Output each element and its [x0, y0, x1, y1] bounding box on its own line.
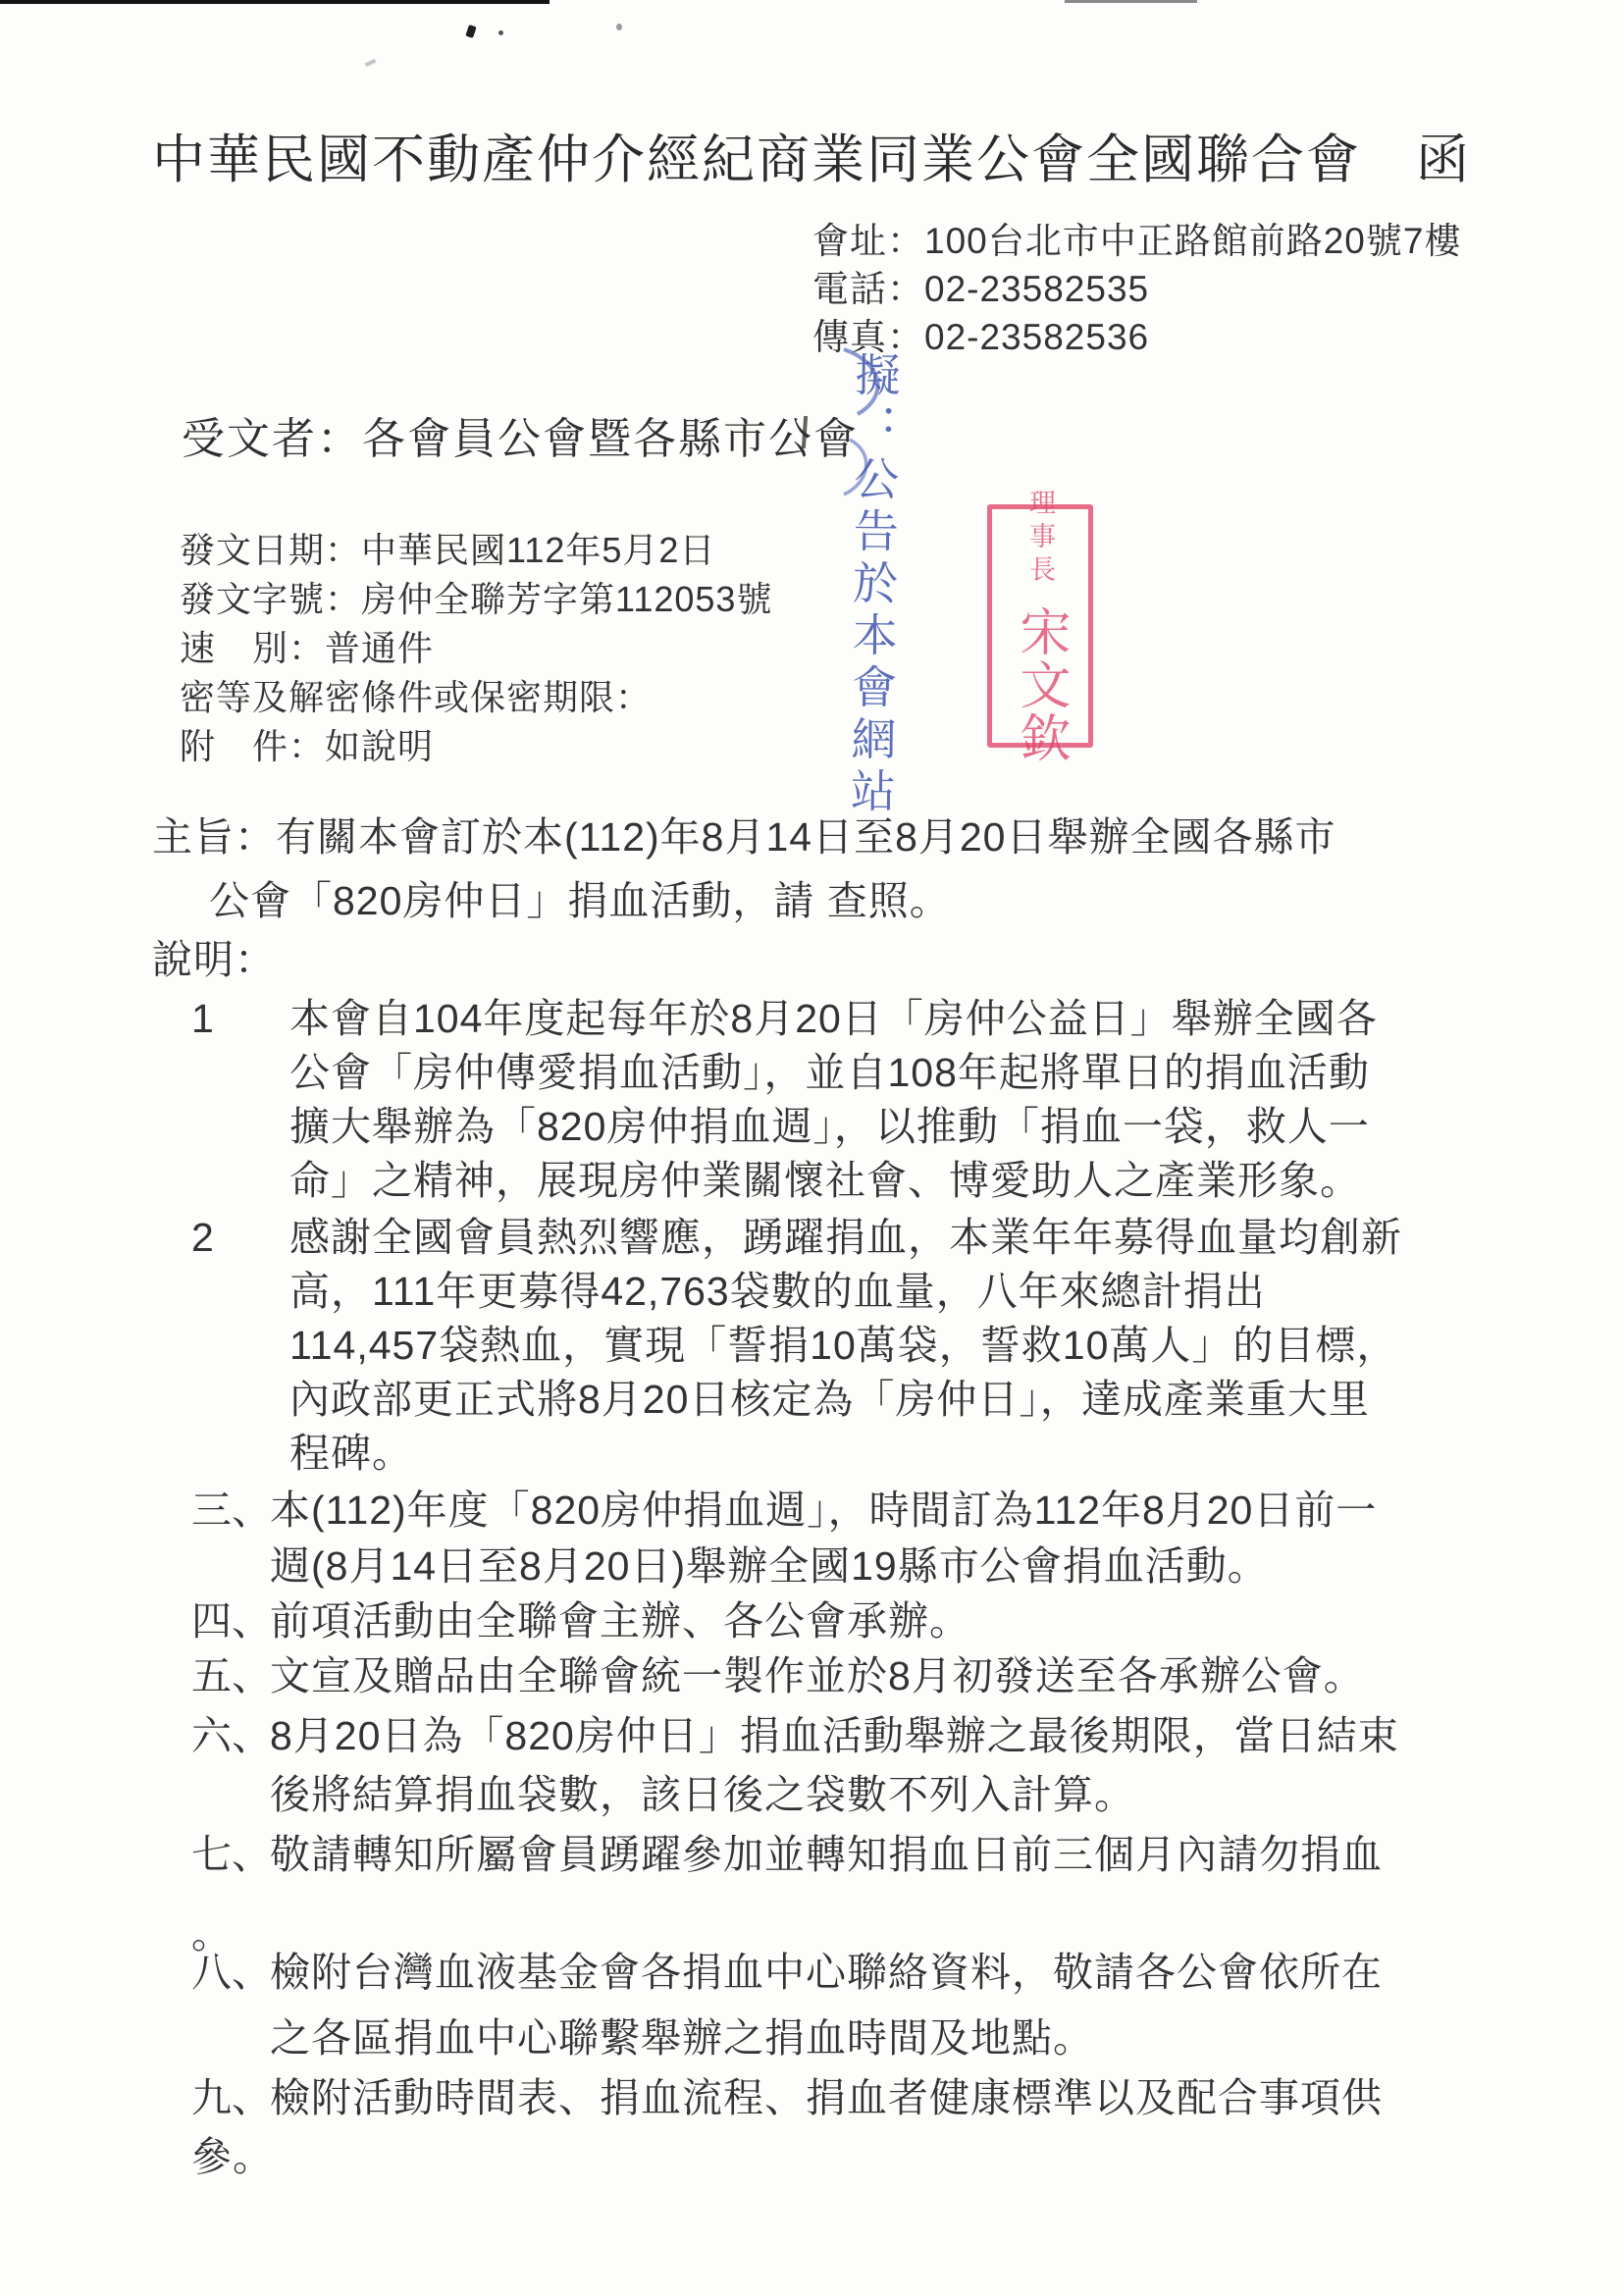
- scan-speck-artifact: [465, 25, 476, 38]
- item-text: 文宣及贈品由全聯會統一製作並於8月初發送至各承辦公會。: [270, 1653, 1365, 1698]
- body-item-row: 八、檢附台灣血液基金會各捐血中心聯絡資料，敬請各公會依所在: [191, 1940, 1383, 1998]
- contact-block: 會址：100台北市中正路館前路20號7樓 電話：02-23582535 傳真：0…: [812, 217, 1461, 361]
- item-number: 1: [191, 996, 289, 1042]
- item-text: 本會自104年度起每年於8月20日「房仲公益日」舉辦全國各: [289, 996, 1378, 1041]
- scanned-letter-page: 中華民國不動產仲介經紀商業同業公會全國聯合會 函 會址：100台北市中正路館前路…: [0, 0, 1623, 2296]
- item-text-continuation: 公會「房仲傳愛捐血活動」，並自108年起將單日的捐血活動: [289, 1040, 1370, 1098]
- explanation-label: 說明：: [152, 927, 276, 985]
- item-text-continuation: 參。: [191, 2124, 274, 2182]
- meta-issue-date: 發文日期：中華民國112年5月2日: [180, 526, 772, 575]
- handwritten-blue-note: 擬：公告於本會網站: [831, 351, 907, 853]
- scan-edge-artifact: [0, 0, 550, 4]
- meta-speed: 速 別：普通件: [180, 624, 772, 673]
- item-text: 前項活動由全聯會主辦、各公會承辦。: [270, 1598, 970, 1644]
- item-text: 檢附活動時間表、捐血流程、捐血者健康標準以及配合事項供: [270, 2075, 1383, 2120]
- item-number: 2: [191, 1215, 289, 1261]
- meta-classification: 密等及解密條件或保密期限：: [180, 673, 772, 722]
- recipient-line: 受文者：各會員公會暨各縣市公會: [182, 403, 859, 466]
- scan-speck-artifact: [616, 24, 622, 30]
- item-text: 本(112)年度「820房仲捐血週」，時間訂為112年8月20日前一: [270, 1487, 1377, 1533]
- scan-speck-artifact: [498, 30, 503, 35]
- chairman-stamp-text: 理事長 宋文欽: [1015, 489, 1066, 764]
- scan-edge-artifact: [1065, 0, 1197, 3]
- item-number: 六、: [191, 1703, 270, 1761]
- item-text-continuation: 後將結算捐血袋數，該日後之袋數不列入計算。: [270, 1762, 1135, 1820]
- item-number: 四、: [191, 1589, 270, 1646]
- item-text-continuation: 高，111年更募得42,763袋數的血量，八年來總計捐出: [289, 1259, 1266, 1317]
- subject-line-2: 公會「820房仲日」捐血活動，請 查照。: [209, 868, 951, 926]
- item-text: 感謝全國會員熱烈響應，踴躍捐血，本業年年募得血量均創新: [289, 1215, 1402, 1260]
- body-item-row: 1本會自104年度起每年於8月20日「房仲公益日」舉辦全國各: [191, 986, 1378, 1044]
- item-number: 七、: [191, 1822, 270, 1880]
- item-text: 檢附台灣血液基金會各捐血中心聯絡資料，敬請各公會依所在: [270, 1950, 1383, 1995]
- contact-phone: 電話：02-23582535: [812, 265, 1461, 313]
- item-text-continuation: 114,457袋熱血，實現「誓捐10萬袋，誓救10萬人」的目標，: [289, 1313, 1397, 1371]
- body-item-row: 七、敬請轉知所屬會員踴躍參加並轉知捐血日前三個月內請勿捐血: [191, 1822, 1383, 1880]
- body-item-row: 2感謝全國會員熱烈響應，踴躍捐血，本業年年募得血量均創新: [191, 1205, 1402, 1263]
- item-text-continuation: 週(8月14日至8月20日)舉辦全國19縣市公會捐血活動。: [270, 1534, 1269, 1592]
- item-text: 8月20日為「820房仲日」捐血活動舉辦之最後期限，當日結束: [270, 1713, 1399, 1758]
- body-item-row: 六、8月20日為「820房仲日」捐血活動舉辦之最後期限，當日結束: [191, 1703, 1399, 1761]
- item-text-continuation: 命」之精神，展現房仲業關懷社會、博愛助人之產業形象。: [289, 1148, 1361, 1206]
- item-number: 五、: [191, 1644, 270, 1701]
- scan-speck-artifact: [365, 59, 377, 67]
- meta-attachment: 附 件：如說明: [180, 722, 772, 771]
- item-number: 八、: [191, 1940, 270, 1998]
- stamp-name: 宋文欽: [1012, 605, 1069, 764]
- body-item-row: 五、文宣及贈品由全聯會統一製作並於8月初發送至各承辦公會。: [191, 1644, 1365, 1701]
- letter-title: 中華民國不動產仲介經紀商業同業公會全國聯合會 函: [0, 118, 1623, 193]
- item-text-continuation: 之各區捐血中心聯繫舉辦之捐血時間及地點。: [270, 2006, 1094, 2063]
- meta-doc-number: 發文字號：房仲全聯芳字第112053號: [180, 575, 772, 624]
- item-text-continuation: 內政部更正式將8月20日核定為「房仲日」，達成產業重大里: [289, 1367, 1370, 1425]
- item-text-continuation: 程碑。: [289, 1421, 413, 1479]
- subject-line-1: 主旨：有關本會訂於本(112)年8月14日至8月20日舉辦全國各縣市: [152, 805, 1335, 862]
- contact-address: 會址：100台北市中正路館前路20號7樓: [812, 217, 1461, 265]
- item-number: 九、: [191, 2065, 270, 2123]
- stamp-title: 理事長: [1025, 489, 1055, 589]
- body-item-row: 九、檢附活動時間表、捐血流程、捐血者健康標準以及配合事項供: [191, 2065, 1383, 2123]
- meta-block: 發文日期：中華民國112年5月2日 發文字號：房仲全聯芳字第112053號 速 …: [180, 526, 772, 771]
- chairman-stamp: 理事長 宋文欽: [987, 504, 1093, 748]
- body-item-row: 三、本(112)年度「820房仲捐血週」，時間訂為112年8月20日前一: [191, 1478, 1377, 1536]
- item-text: 敬請轉知所屬會員踴躍參加並轉知捐血日前三個月內請勿捐血: [270, 1832, 1383, 1877]
- item-number: 三、: [191, 1478, 270, 1536]
- item-text-continuation: 擴大舉辦為「820房仲捐血週」，以推動「捐血一袋，救人一: [289, 1094, 1370, 1152]
- body-item-row: 四、前項活動由全聯會主辦、各公會承辦。: [191, 1589, 970, 1646]
